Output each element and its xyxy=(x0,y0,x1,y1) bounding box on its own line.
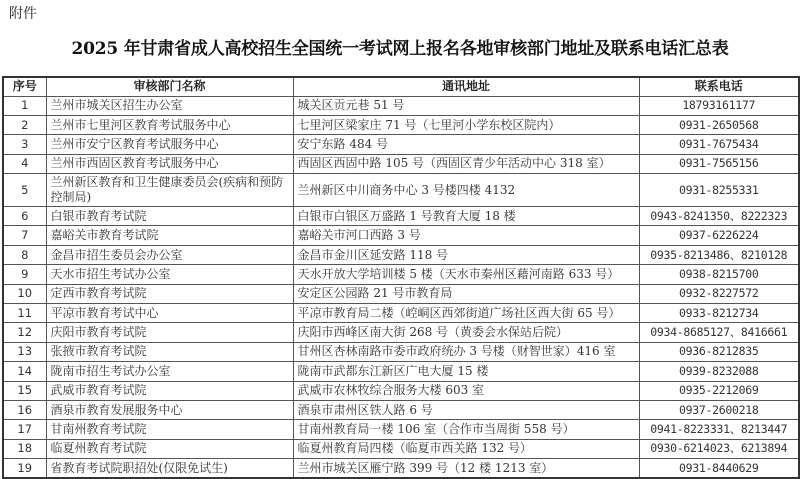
row-number: 11 xyxy=(3,304,46,323)
phone-number: 0930-6214023、6213894 xyxy=(639,439,799,458)
phone-number: 0931-2650568 xyxy=(639,115,799,134)
table-row: 12庆阳市教育考试院庆阳市西峰区南大街 268 号（黄委会水保站后院）0934-… xyxy=(3,323,799,342)
address: 安定区公园路 21 号市教育局 xyxy=(293,284,639,303)
department-name: 陇南市招生考试办公室 xyxy=(46,362,293,381)
department-name: 金昌市招生委员会办公室 xyxy=(46,245,293,264)
department-name: 兰州市西固区教育考试服务中心 xyxy=(46,154,293,173)
address: 白银市白银区万盛路 1 号教育大厦 18 楼 xyxy=(293,207,639,226)
row-number: 15 xyxy=(3,381,46,400)
column-header-phone: 联系电话 xyxy=(639,77,799,96)
address: 西固区西固中路 105 号（西固区青少年活动中心 318 室） xyxy=(293,154,639,173)
row-number: 8 xyxy=(3,245,46,264)
table-row: 4兰州市西固区教育考试服务中心西固区西固中路 105 号（西固区青少年活动中心 … xyxy=(3,154,799,173)
address: 天水开放大学培训楼 5 楼（天水市秦州区藉河南路 633 号） xyxy=(293,265,639,284)
table-row: 18临夏州教育考试院临夏州教育局四楼（临夏市西关路 132 号）0930-621… xyxy=(3,439,799,458)
department-name: 兰州市安宁区教育考试服务中心 xyxy=(46,135,293,154)
row-number: 12 xyxy=(3,323,46,342)
table-row: 19省教育考试院职招处(仅限免试生)兰州市城关区雁宁路 399 号（12 楼 1… xyxy=(3,459,799,478)
table-header-row: 序号 审核部门名称 通讯地址 联系电话 xyxy=(3,77,799,96)
attachment-label: 附件 xyxy=(9,3,37,23)
row-number: 1 xyxy=(3,96,46,115)
phone-number: 0936-8212835 xyxy=(639,342,799,361)
row-number: 9 xyxy=(3,265,46,284)
department-name: 武威市教育考试院 xyxy=(46,381,293,400)
row-number: 10 xyxy=(3,284,46,303)
department-name: 庆阳市教育考试院 xyxy=(46,323,293,342)
phone-number: 0931-8440629 xyxy=(639,459,799,478)
department-name: 张掖市教育考试院 xyxy=(46,342,293,361)
phone-number: 0931-7565156 xyxy=(639,154,799,173)
address: 金昌市金川区延安路 118 号 xyxy=(293,245,639,264)
column-header-department: 审核部门名称 xyxy=(46,77,293,96)
row-number: 18 xyxy=(3,439,46,458)
row-number: 2 xyxy=(3,115,46,134)
row-number: 4 xyxy=(3,154,46,173)
table-row: 13张掖市教育考试院甘州区杏林南路市委市政府统办 3 号楼（财智世家）416 室… xyxy=(3,342,799,361)
column-header-number: 序号 xyxy=(3,77,46,96)
department-name: 酒泉市教育发展服务中心 xyxy=(46,400,293,419)
table-row: 8金昌市招生委员会办公室金昌市金川区延安路 118 号0935-8213486、… xyxy=(3,245,799,264)
row-number: 7 xyxy=(3,226,46,245)
row-number: 6 xyxy=(3,207,46,226)
column-header-address: 通讯地址 xyxy=(293,77,639,96)
department-name: 临夏州教育考试院 xyxy=(46,439,293,458)
address: 陇南市武都东江新区广电大厦 15 楼 xyxy=(293,362,639,381)
row-number: 14 xyxy=(3,362,46,381)
table-body: 1兰州市城关区招生办公室城关区贡元巷 51 号187931611772兰州市七里… xyxy=(3,96,799,478)
phone-number: 0933-8212734 xyxy=(639,304,799,323)
phone-number: 0932-8227572 xyxy=(639,284,799,303)
table-row: 15武威市教育考试院武威市农林牧综合服务大楼 603 室0935-2212069 xyxy=(3,381,799,400)
department-name: 平凉市教育考试中心 xyxy=(46,304,293,323)
address: 嘉峪关市河口西路 3 号 xyxy=(293,226,639,245)
address: 庆阳市西峰区南大街 268 号（黄委会水保站后院） xyxy=(293,323,639,342)
table-row: 10定西市教育考试院安定区公园路 21 号市教育局0932-8227572 xyxy=(3,284,799,303)
row-number: 16 xyxy=(3,400,46,419)
department-name: 白银市教育考试院 xyxy=(46,207,293,226)
table-row: 11平凉市教育考试中心平凉市教育局二楼（崆峒区西郊街道广场社区西大街 65 号）… xyxy=(3,304,799,323)
phone-number: 0939-8232088 xyxy=(639,362,799,381)
address: 平凉市教育局二楼（崆峒区西郊街道广场社区西大街 65 号） xyxy=(293,304,639,323)
department-name: 兰州市七里河区教育考试服务中心 xyxy=(46,115,293,134)
department-name: 兰州市城关区招生办公室 xyxy=(46,96,293,115)
phone-number: 0935-8213486、8210128 xyxy=(639,245,799,264)
phone-number: 0934-8685127、8416661 xyxy=(639,323,799,342)
table-row: 17甘南州教育考试院甘南州教育局一楼 106 室（合作市当周街 558 号）09… xyxy=(3,420,799,439)
department-name: 定西市教育考试院 xyxy=(46,284,293,303)
department-name: 省教育考试院职招处(仅限免试生) xyxy=(46,459,293,478)
row-number: 13 xyxy=(3,342,46,361)
phone-number: 0935-2212069 xyxy=(639,381,799,400)
phone-number: 0938-8215700 xyxy=(639,265,799,284)
address: 城关区贡元巷 51 号 xyxy=(293,96,639,115)
phone-number: 18793161177 xyxy=(639,96,799,115)
address: 甘州区杏林南路市委市政府统办 3 号楼（财智世家）416 室 xyxy=(293,342,639,361)
department-name: 天水市招生考试办公室 xyxy=(46,265,293,284)
table-row: 2兰州市七里河区教育考试服务中心七里河区梁家庄 71 号（七里河小学东校区院内）… xyxy=(3,115,799,134)
department-name: 嘉峪关市教育考试院 xyxy=(46,226,293,245)
table-row: 3兰州市安宁区教育考试服务中心安宁东路 484 号0931-7675434 xyxy=(3,135,799,154)
phone-number: 0943-8241350、8222323 xyxy=(639,207,799,226)
address: 酒泉市肃州区铁人路 6 号 xyxy=(293,400,639,419)
department-name: 兰州新区教育和卫生健康委员会(疾病和预防控制局) xyxy=(46,174,293,207)
phone-number: 0937-2600218 xyxy=(639,400,799,419)
phone-number: 0931-7675434 xyxy=(639,135,799,154)
table-row: 1兰州市城关区招生办公室城关区贡元巷 51 号18793161177 xyxy=(3,96,799,115)
row-number: 17 xyxy=(3,420,46,439)
address: 甘南州教育局一楼 106 室（合作市当周街 558 号） xyxy=(293,420,639,439)
address: 七里河区梁家庄 71 号（七里河小学东校区院内） xyxy=(293,115,639,134)
table-row: 7嘉峪关市教育考试院嘉峪关市河口西路 3 号0937-6226224 xyxy=(3,226,799,245)
table-row: 16酒泉市教育发展服务中心酒泉市肃州区铁人路 6 号0937-2600218 xyxy=(3,400,799,419)
phone-number: 0937-6226224 xyxy=(639,226,799,245)
contact-table: 序号 审核部门名称 通讯地址 联系电话 1兰州市城关区招生办公室城关区贡元巷 5… xyxy=(2,76,800,479)
document-title: 2025 年甘肃省成人高校招生全国统一考试网上报名各地审核部门地址及联系电话汇总… xyxy=(0,34,800,59)
phone-number: 0941-8223331、8213447 xyxy=(639,420,799,439)
table-row: 9天水市招生考试办公室天水开放大学培训楼 5 楼（天水市秦州区藉河南路 633 … xyxy=(3,265,799,284)
table-row: 5兰州新区教育和卫生健康委员会(疾病和预防控制局)兰州新区中川商务中心 3 号楼… xyxy=(3,174,799,207)
row-number: 19 xyxy=(3,459,46,478)
address: 安宁东路 484 号 xyxy=(293,135,639,154)
row-number: 5 xyxy=(3,174,46,207)
row-number: 3 xyxy=(3,135,46,154)
table-row: 6白银市教育考试院白银市白银区万盛路 1 号教育大厦 18 楼0943-8241… xyxy=(3,207,799,226)
address: 兰州市城关区雁宁路 399 号（12 楼 1213 室） xyxy=(293,459,639,478)
department-name: 甘南州教育考试院 xyxy=(46,420,293,439)
address: 兰州新区中川商务中心 3 号楼四楼 4132 xyxy=(293,174,639,207)
phone-number: 0931-8255331 xyxy=(639,174,799,207)
address: 武威市农林牧综合服务大楼 603 室 xyxy=(293,381,639,400)
address: 临夏州教育局四楼（临夏市西关路 132 号） xyxy=(293,439,639,458)
table-row: 14陇南市招生考试办公室陇南市武都东江新区广电大厦 15 楼0939-82320… xyxy=(3,362,799,381)
